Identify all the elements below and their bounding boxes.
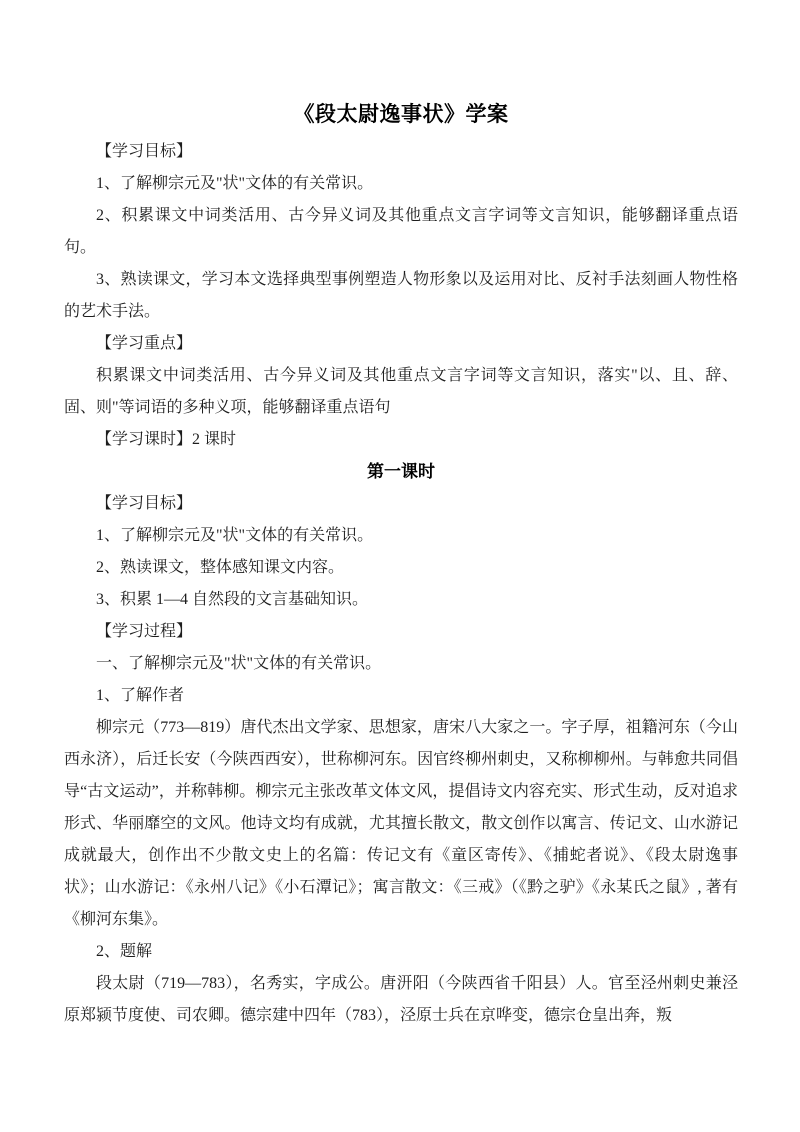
- lesson1-goal-3: 3、积累 1—4 自然段的文言基础知识。: [64, 584, 738, 616]
- goal-item-3: 3、熟读课文，学习本文选择典型事例塑造人物形象以及运用对比、反衬手法刻画人物性格…: [64, 264, 738, 328]
- heading-learning-periods: 【学习课时】2 课时: [64, 424, 738, 456]
- heading-learning-focus: 【学习重点】: [64, 328, 738, 360]
- learning-focus-text: 积累课文中词类活用、古今异义词及其他重点文言字词等文言知识，落实"以、且、辞、固…: [64, 360, 738, 424]
- lesson1-goal-1: 1、了解柳宗元及"状"文体的有关常识。: [64, 520, 738, 552]
- title-explanation-text: 段太尉（719—783），名秀实，字成公。唐汧阳（今陕西省千阳县）人。官至泾州刺…: [64, 968, 738, 1032]
- author-introduction-text: 柳宗元（773—819）唐代杰出文学家、思想家，唐宋八大家之一。字子厚，祖籍河东…: [64, 712, 738, 936]
- heading-lesson1-goals: 【学习目标】: [64, 488, 738, 520]
- heading-learning-goals: 【学习目标】: [64, 136, 738, 168]
- heading-learning-process: 【学习过程】: [64, 616, 738, 648]
- process-section-1: 一、了解柳宗元及"状"文体的有关常识。: [64, 648, 738, 680]
- lesson1-goal-2: 2、熟读课文，整体感知课文内容。: [64, 552, 738, 584]
- subsection-author: 1、了解作者: [64, 680, 738, 712]
- goal-item-2: 2、积累课文中词类活用、古今异义词及其他重点文言字词等文言知识，能够翻译重点语句…: [64, 200, 738, 264]
- document-title: 《段太尉逸事状》学案: [64, 94, 738, 134]
- goal-item-1: 1、了解柳宗元及"状"文体的有关常识。: [64, 168, 738, 200]
- document-page: 《段太尉逸事状》学案 【学习目标】 1、了解柳宗元及"状"文体的有关常识。 2、…: [0, 0, 800, 1132]
- lesson-1-section-title: 第一课时: [64, 456, 738, 488]
- subsection-title-explanation: 2、题解: [64, 936, 738, 968]
